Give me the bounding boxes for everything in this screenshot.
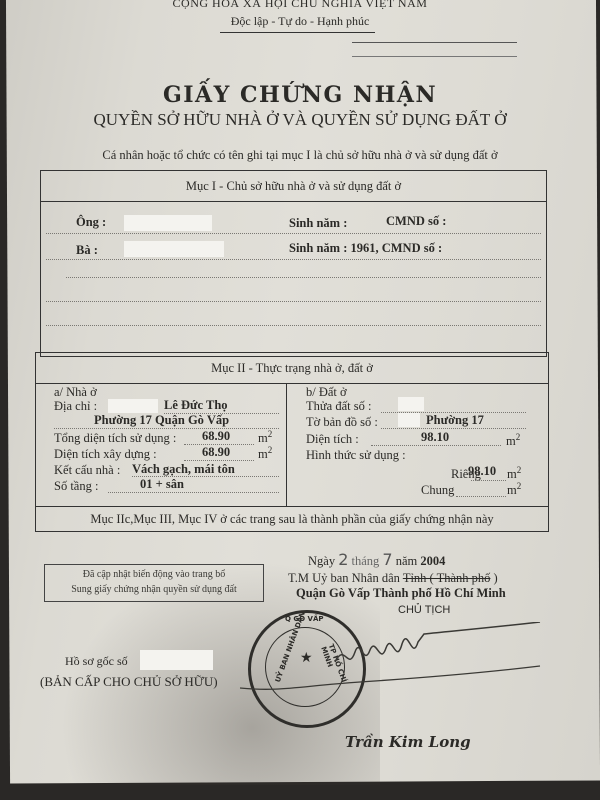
parcel-label: Thửa đất số : [306, 399, 371, 414]
dotted-line [66, 277, 541, 278]
redacted-parcel-number [398, 397, 424, 411]
unit: m [507, 467, 517, 481]
year-label: năm [396, 554, 418, 568]
redacted-name [124, 215, 212, 231]
land-area-value: 98.10 [421, 430, 449, 445]
redacted-line [352, 42, 517, 43]
redacted-record-number [140, 650, 213, 670]
house-address-line2: Phường 17 Quận Gò Vấp [94, 413, 229, 428]
update-notice-line2: Sung giấy chứng nhận quyền sử dụng đất [45, 582, 263, 597]
built-area-label: Diện tích xây dựng : [54, 447, 157, 462]
owner-male-label: Ông : [76, 215, 106, 230]
redacted-house-number [108, 399, 158, 413]
map-sheet-label: Tờ bản đồ số : [306, 415, 378, 430]
floors-value: 01 + sân [140, 477, 184, 492]
dotted-line [46, 325, 541, 326]
signer-name: Trần Kim Long [345, 733, 471, 751]
dotted-line [46, 259, 541, 260]
day-label: Ngày [308, 554, 335, 568]
dotted-line [371, 445, 501, 446]
authority-prefix: T.M Uỷ ban Nhân dân [288, 571, 400, 585]
structure-value: Vách gạch, mái tôn [132, 462, 235, 477]
total-area-value: 68.90 [202, 429, 230, 444]
day-value: 2 [338, 550, 348, 569]
dotted-line [184, 460, 254, 461]
owner-male-id-label: CMND số : [386, 214, 446, 229]
house-heading: a/ Nhà ở [54, 385, 97, 400]
redacted-line [352, 56, 517, 57]
section-property: Mục II - Thực trạng nhà ở, đất ở a/ Nhà … [35, 352, 549, 532]
shared-label: Chung [421, 483, 454, 498]
unit-sup: 2 [516, 432, 521, 442]
document-title: GIẤY CHỨNG NHẬN [0, 82, 600, 108]
unit: m [507, 483, 517, 497]
floors-label: Số tầng : [54, 479, 98, 494]
authority-line2: Quận Gò Vấp Thành phố Hồ Chí Minh [296, 586, 506, 601]
shared-area-unit: m2 [507, 481, 521, 498]
copy-note: (BẢN CẤP CHO CHỦ SỞ HỮU) [40, 674, 218, 690]
land-area-unit: m2 [506, 432, 520, 449]
map-sheet-ward: Phường 17 [426, 413, 484, 428]
unit: m [506, 434, 516, 448]
dotted-line [471, 480, 506, 481]
authority-struck: Tỉnh ( Thành phố [403, 571, 491, 585]
section-owners-heading: Mục I - Chủ sở hữu nhà ở và sử dụng đất … [41, 171, 546, 202]
redacted-map-sheet [398, 413, 420, 427]
land-area-label: Diện tích : [306, 432, 359, 447]
dotted-line [46, 233, 541, 234]
built-area-unit: m2 [258, 445, 272, 462]
built-area-value: 68.90 [202, 445, 230, 460]
private-area-value: 98.10 [468, 464, 496, 479]
update-notice-line1: Đã cập nhật biến động vào trang bổ [45, 567, 263, 582]
section-property-footer: Mục IIc,Mục III, Mục IV ở các trang sau … [36, 506, 548, 531]
total-area-label: Tổng diện tích sử dụng : [54, 431, 176, 446]
update-notice-box: Đã cập nhật biến động vào trang bổ Sung … [44, 564, 264, 602]
record-label: Hồ sơ gốc số [65, 654, 128, 669]
month-value: 7 [382, 550, 392, 569]
month-label: tháng [352, 554, 380, 568]
private-area-unit: m2 [507, 465, 521, 482]
position-title: CHỦ TỊCH [398, 604, 450, 616]
issue-date: Ngày 2 tháng 7 năm 2004 [308, 550, 445, 569]
house-address-street: Lê Đức Thọ [164, 398, 228, 413]
dotted-line [46, 301, 541, 302]
owner-female-birth: Sinh năm : 1961, CMND số : [289, 241, 442, 256]
intro-text: Cá nhân hoặc tổ chức có tên ghi tại mục … [0, 148, 600, 163]
unit: m [258, 431, 268, 445]
usage-label: Hình thức sử dụng : [306, 448, 406, 463]
structure-label: Kết cấu nhà : [54, 463, 120, 478]
house-address-label: Địa chỉ : [54, 399, 97, 414]
dotted-line [381, 428, 526, 429]
section-owners: Mục I - Chủ sở hữu nhà ở và sử dụng đất … [40, 170, 547, 357]
unit-sup: 2 [517, 465, 522, 475]
authority-line1: T.M Uỷ ban Nhân dân Tỉnh ( Thành phố ) [288, 571, 498, 586]
dotted-line [54, 428, 279, 429]
column-divider [286, 383, 287, 507]
background-edge [0, 785, 600, 800]
motto-underline [220, 32, 375, 33]
signature [240, 622, 570, 702]
section-property-heading: Mục II - Thực trạng nhà ở, đất ở [36, 353, 548, 384]
national-title: CỘNG HOÀ XÃ HỘI CHỦ NGHĨA VIỆT NAM [0, 0, 600, 11]
owner-male-birth-label: Sinh năm : [289, 216, 347, 231]
unit-sup: 2 [517, 481, 522, 491]
year-value: 2004 [420, 554, 445, 568]
unit: m [258, 447, 268, 461]
land-heading: b/ Đất ở [306, 385, 347, 400]
unit-sup: 2 [268, 445, 273, 455]
total-area-unit: m2 [258, 429, 272, 446]
national-motto: Độc lập - Tự do - Hạnh phúc [0, 14, 600, 29]
dotted-line [108, 492, 279, 493]
dotted-line [456, 496, 506, 497]
authority-suffix: ) [494, 571, 498, 585]
unit-sup: 2 [268, 429, 273, 439]
document-subtitle: QUYỀN SỞ HỮU NHÀ Ở VÀ QUYỀN SỬ DỤNG ĐẤT … [0, 110, 600, 130]
redacted-name [124, 241, 224, 257]
owner-female-label: Bà : [76, 243, 98, 258]
